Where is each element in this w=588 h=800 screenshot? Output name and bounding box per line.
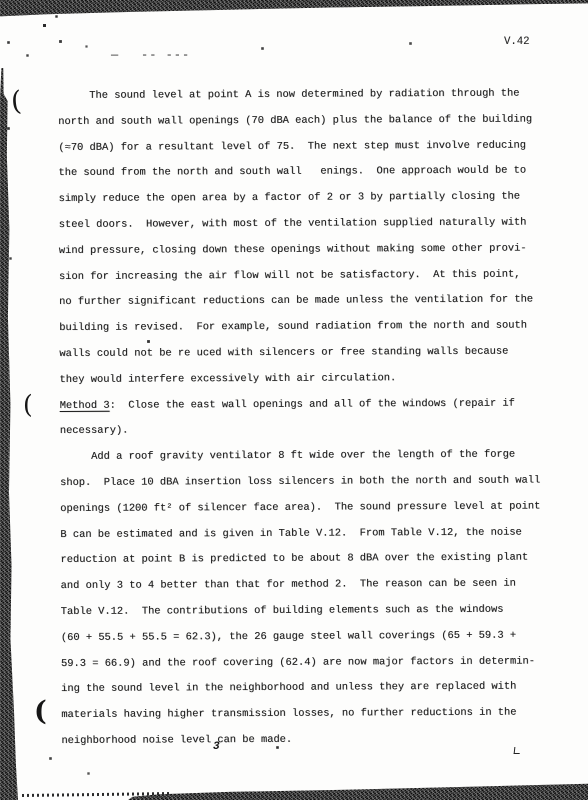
margin-paren-artifact-top: ( (10, 86, 23, 118)
margin-paren-artifact-middle: ( (23, 390, 33, 419)
text-line: reduction at point B is predicted to be … (60, 546, 552, 574)
text-line: shop. Place 10 dBA insertion loss silenc… (60, 468, 552, 496)
text-line: north and south wall openings (70 dBA ea… (58, 107, 550, 135)
text-line: and only 3 to 4 better than that for met… (61, 572, 553, 600)
header-dash-artifact: — (111, 48, 118, 62)
text-line: 59.3 = 66.9) and the roof covering (62.4… (61, 649, 553, 677)
scan-noise-bottom-band (128, 782, 588, 800)
text-line: Method 3: Close the east wall openings a… (60, 391, 552, 419)
text-line: (60 + 55.5 + 55.5 = 62.3), the 26 gauge … (61, 623, 553, 651)
text-line: steel doors. However, with most of the v… (59, 210, 551, 238)
text-line: (≈70 dBA) for a resultant level of 75. T… (58, 133, 550, 161)
document-body: The sound level at point A is now determ… (58, 81, 554, 754)
text-line: no further significant reductions can be… (59, 288, 551, 316)
header-dash-dotted-artifact: -- --- (141, 48, 190, 62)
scan-noise-left-band (0, 68, 18, 800)
text-line: ing the sound level in the neighborhood … (61, 675, 553, 703)
dust-specks (0, 0, 1, 1)
text-line: Table V.12. The contributions of buildin… (61, 597, 553, 625)
text-line: The sound level at point A is now determ… (58, 81, 550, 109)
text-line: openings (1200 ft² of silencer face area… (60, 494, 552, 522)
text-line: simply reduce the open area by a factor … (59, 185, 551, 213)
text-line: necessary). (60, 417, 552, 445)
stray-corner-mark-artifact (514, 747, 521, 754)
text-line: neighborhood noise level can be made. (61, 726, 553, 754)
margin-paren-artifact-bottom: ( (34, 696, 47, 727)
text-line: walls could not be re uced with silencer… (59, 339, 551, 367)
text-line: Add a roof gravity ventilator 8 ft wide … (60, 443, 552, 471)
text-line: sion for increasing the air flow will no… (59, 262, 551, 290)
text-line: building is revised. For example, sound … (59, 314, 551, 342)
text-line: they would interfere excessively with ai… (59, 365, 551, 393)
text-line: B can be estimated and is given in Table… (60, 520, 552, 548)
text-line: the sound from the north and south wall … (58, 159, 550, 187)
stray-mark-artifact: 3 (213, 741, 220, 753)
scanned-page: V.42 — -- --- ( ( ( The sound level at p… (0, 0, 588, 800)
scan-noise-top-band (0, 0, 588, 17)
page-number: V.42 (504, 36, 529, 48)
underlined-heading: Method 3 (60, 399, 110, 411)
text-line: materials having higher transmission los… (61, 701, 553, 729)
text-line: wind pressure, closing down these openin… (59, 236, 551, 264)
